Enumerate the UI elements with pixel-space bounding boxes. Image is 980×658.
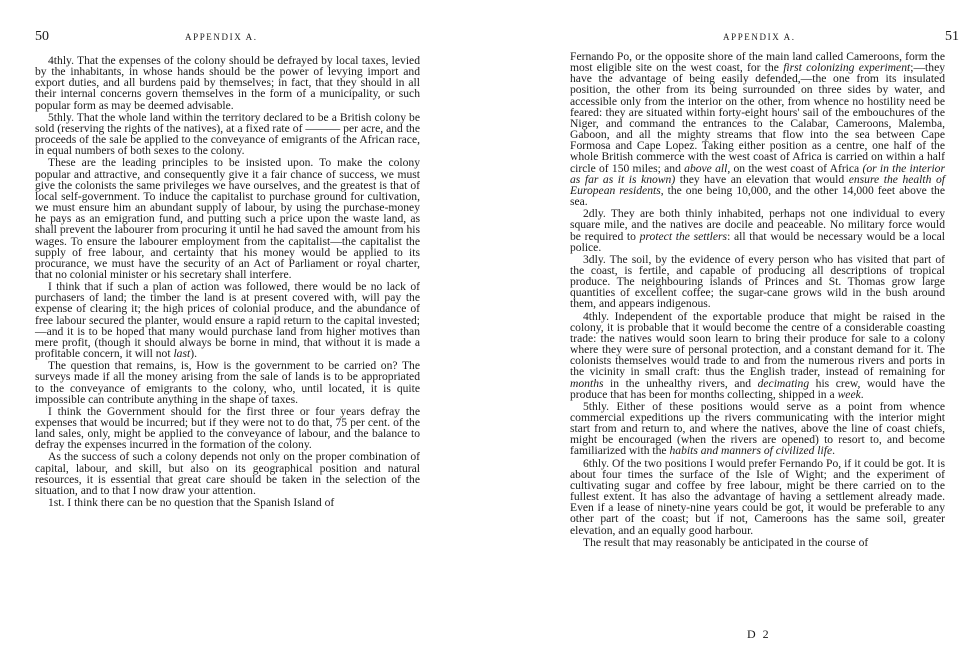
text: 3dly. The soil, by the evidence of every…: [570, 253, 945, 311]
text: .: [832, 444, 835, 457]
page-number: 51: [945, 30, 959, 44]
signature-mark: D 2: [747, 627, 771, 642]
right-page: APPENDIX A. 51 Fernando Po, or the oppos…: [490, 0, 980, 658]
paragraph-1st: 1st. I think there can be no question th…: [35, 497, 420, 508]
text: ;—they have the advantage of being easil…: [570, 61, 945, 174]
plan-italic: last: [173, 347, 190, 360]
paragraph-question: The question that remains, is, How is th…: [35, 360, 420, 405]
page-body: Fernando Po, or the opposite shore of th…: [570, 51, 945, 549]
paragraph-plan: I think that if such a plan of action wa…: [35, 281, 420, 359]
paragraph-success: As the success of such a colony depends …: [35, 451, 420, 496]
running-title: APPENDIX A.: [723, 32, 796, 42]
italic-text: habits and manners of civilized life: [669, 444, 832, 457]
paragraph-fernando: Fernando Po, or the opposite shore of th…: [570, 51, 945, 207]
paragraph-3dly: 3dly. The soil, by the evidence of every…: [570, 254, 945, 310]
paragraph-4thly: 4thly. That the expenses of the colony s…: [35, 55, 420, 111]
paragraph-5thly: 5thly. That the whole land within the te…: [35, 112, 420, 157]
paragraph-2dly: 2dly. They are both thinly inhabited, pe…: [570, 208, 945, 253]
text: 4thly. Independent of the exportable pro…: [570, 310, 945, 379]
paragraph-result: The result that may reasonably be antici…: [570, 537, 945, 548]
paragraph-principles: These are the leading principles to be i…: [35, 157, 420, 280]
plan-text-end: ).: [190, 347, 197, 360]
italic-text: week: [838, 388, 861, 401]
paragraph-6thly: 6thly. Of the two positions I would pref…: [570, 458, 945, 536]
paragraph-5thly: 5thly. Either of these positions would s…: [570, 401, 945, 457]
paragraph-4thly: 4thly. Independent of the exportable pro…: [570, 311, 945, 400]
left-page: 50 APPENDIX A. 4thly. That the expenses …: [0, 0, 490, 658]
text: 6thly. Of the two positions I would pref…: [570, 457, 945, 537]
text: The result that may reasonably be antici…: [583, 536, 868, 549]
paragraph-government: I think the Government should for the fi…: [35, 406, 420, 451]
text: .: [861, 388, 864, 401]
running-title: APPENDIX A.: [185, 32, 258, 42]
page-body: 4thly. That the expenses of the colony s…: [35, 55, 420, 509]
page-number: 50: [35, 30, 49, 44]
plan-text: I think that if such a plan of action wa…: [35, 280, 420, 360]
italic-text: protect the settlers: [640, 230, 727, 243]
